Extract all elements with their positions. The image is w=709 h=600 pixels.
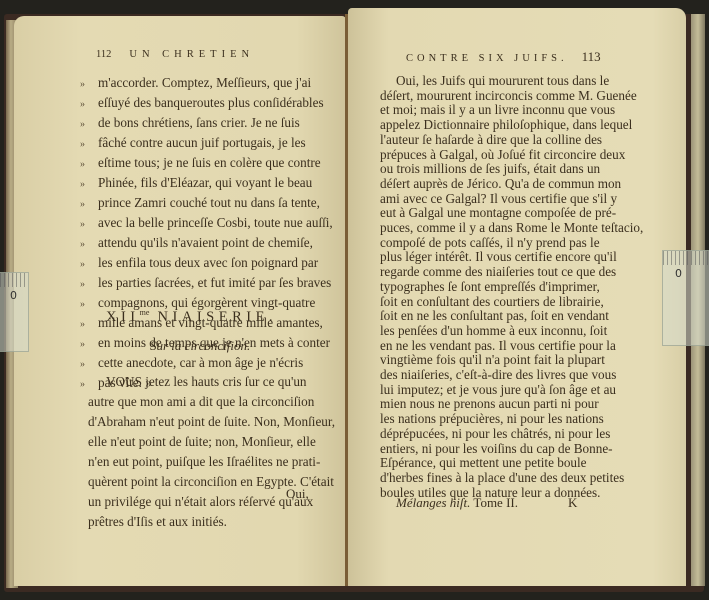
body-line: d'herbes fines à la place d'une des deux… — [380, 470, 624, 486]
body-line: appelez Dictionnaire philoſophique, dans… — [380, 117, 632, 133]
body-line: eut à Galgal une montagne compoſée de pr… — [380, 205, 616, 221]
body-line: en ne les vendant pas. Il vous certifie … — [380, 338, 616, 354]
left-page-number: 112 — [96, 49, 111, 60]
body-line: ſoit en conſultant des courtiers de libr… — [380, 294, 604, 310]
body-line: des niaiſeries, c'eſt-à-dire des livres … — [380, 367, 616, 383]
left-running-head-text: UN CHRETIEN — [129, 49, 254, 60]
quoted-line: »avec la belle princeſſe Cosbi, toute nu… — [80, 215, 333, 231]
body-line: ou trois millions de ſes juifs, était da… — [380, 161, 600, 177]
body-line: mien nous ne prenons aucun parti ni pour — [380, 396, 599, 412]
body-line: entiers, ni pour les voiſins du cap de B… — [380, 441, 613, 457]
quoted-line: »eſſuyé des banqueroutes plus conſidérab… — [80, 95, 324, 111]
signature-mark: K — [568, 495, 577, 511]
body-line: lui imputez; et je vous jure qu'à ſon âg… — [380, 382, 616, 398]
footer-title: Mélanges hiſt. — [396, 495, 470, 510]
body-line: n'en eut point, puiſque les Iſraélites n… — [88, 454, 320, 470]
ruler-right: 0 — [662, 250, 709, 346]
section-title: XIIme NIAISERIE. — [106, 308, 277, 326]
body-line: déprépucées, ni pour les châtrés, ni pou… — [380, 426, 610, 442]
body-line: déſert auprès de Jérico. Qu'a de commun … — [380, 176, 621, 192]
body-line: et moi; mais il y a un livre inconnu que… — [380, 102, 615, 118]
right-running-head-text: CONTRE SIX JUIFS. — [406, 53, 568, 64]
body-line: elle n'eut point de ſuite; non, Monſieur… — [88, 434, 316, 450]
body-line: Eſpérance, qui mettent une petite boule — [380, 455, 587, 471]
book-gutter — [345, 14, 348, 586]
body-line: un privilége qui n'était alors réſervé q… — [88, 494, 313, 510]
body-line: VOUS jetez les hauts cris ſur ce qu'un — [106, 374, 307, 390]
body-line: ami avec ce Galgal? Il vous certifie que… — [380, 191, 617, 207]
body-line: puces, comme il y a dans Rome le Monte t… — [380, 220, 643, 236]
catchword: Oui, — [286, 486, 309, 502]
ruler-left: 0 — [0, 272, 29, 352]
quoted-line: »Phinée, fils d'Eléazar, qui voyant le b… — [80, 175, 312, 191]
body-line: compoſé de pots caſſés, il n'y prend pas… — [380, 235, 600, 251]
quoted-line: »fâché contre aucun juif portugais, je l… — [80, 135, 306, 151]
body-line: d'Abraham n'eut point de ſuite. Non, Mon… — [88, 414, 335, 430]
quoted-line: »cette anecdote, car à mon âge je n'écri… — [80, 355, 303, 371]
body-line: prêtres d'Iſis et aux initiés. — [88, 514, 227, 530]
body-line: typographes ſe ſont empreſſés d'imprimer… — [380, 279, 600, 295]
body-line: regarde comme des niaiſeries tout ce que… — [380, 264, 616, 280]
body-line: vingtième fois qu'il n'a point fait la p… — [380, 352, 605, 368]
section-subtitle: Sur la circonciſion. — [150, 338, 250, 354]
ruler-left-label: 0 — [10, 289, 17, 302]
body-line: autre que mon ami a dit que la circonciſ… — [88, 394, 314, 410]
quoted-line: »attendu qu'ils n'avaient point de chemi… — [80, 235, 313, 251]
body-line: ſoit en ne les conſultant pas, ſoit en v… — [380, 308, 609, 324]
body-line: plus léger intérêt. Il vous certifie enc… — [380, 249, 617, 265]
body-line: déſert, moururent incirconcis comme M. G… — [380, 88, 637, 104]
ruler-right-label: 0 — [675, 267, 682, 280]
body-line: Oui, les Juifs qui moururent tous dans l… — [396, 73, 609, 89]
quoted-line: »de bons chrétiens, ſans crier. Je ne ſu… — [80, 115, 300, 131]
right-page-number: 113 — [582, 49, 601, 64]
quoted-line: »les enfila tous deux avec ſon poignard … — [80, 255, 318, 271]
quoted-line: »m'accorder. Comptez, Meſſieurs, que j'a… — [80, 75, 311, 91]
ruler-ticks — [663, 251, 709, 265]
footer-title-line: Mélanges hiſt. Tome II. — [396, 495, 518, 511]
left-running-head: 112UN CHRETIEN — [96, 49, 254, 60]
body-line: les nations prépucières, ni pour les nat… — [380, 411, 604, 427]
body-line: l'auteur ſe haſarde à dire que la collin… — [380, 132, 602, 148]
right-running-head: CONTRE SIX JUIFS.113 — [406, 49, 601, 65]
quoted-line: »eſtime tous; je ne ſuis en colère que c… — [80, 155, 321, 171]
ruler-ticks — [0, 273, 28, 287]
body-line: les penſées d'un homme à eux inconnu, ſo… — [380, 323, 607, 339]
body-line: prépuces à Galgal, où Joſué fit circonci… — [380, 147, 625, 163]
quoted-line: »prince Zamri couché tout nu dans ſa ten… — [80, 195, 320, 211]
quoted-line: »les parties ſacrées, et fut imité par ſ… — [80, 275, 331, 291]
footer-volume: Tome II. — [473, 495, 518, 510]
